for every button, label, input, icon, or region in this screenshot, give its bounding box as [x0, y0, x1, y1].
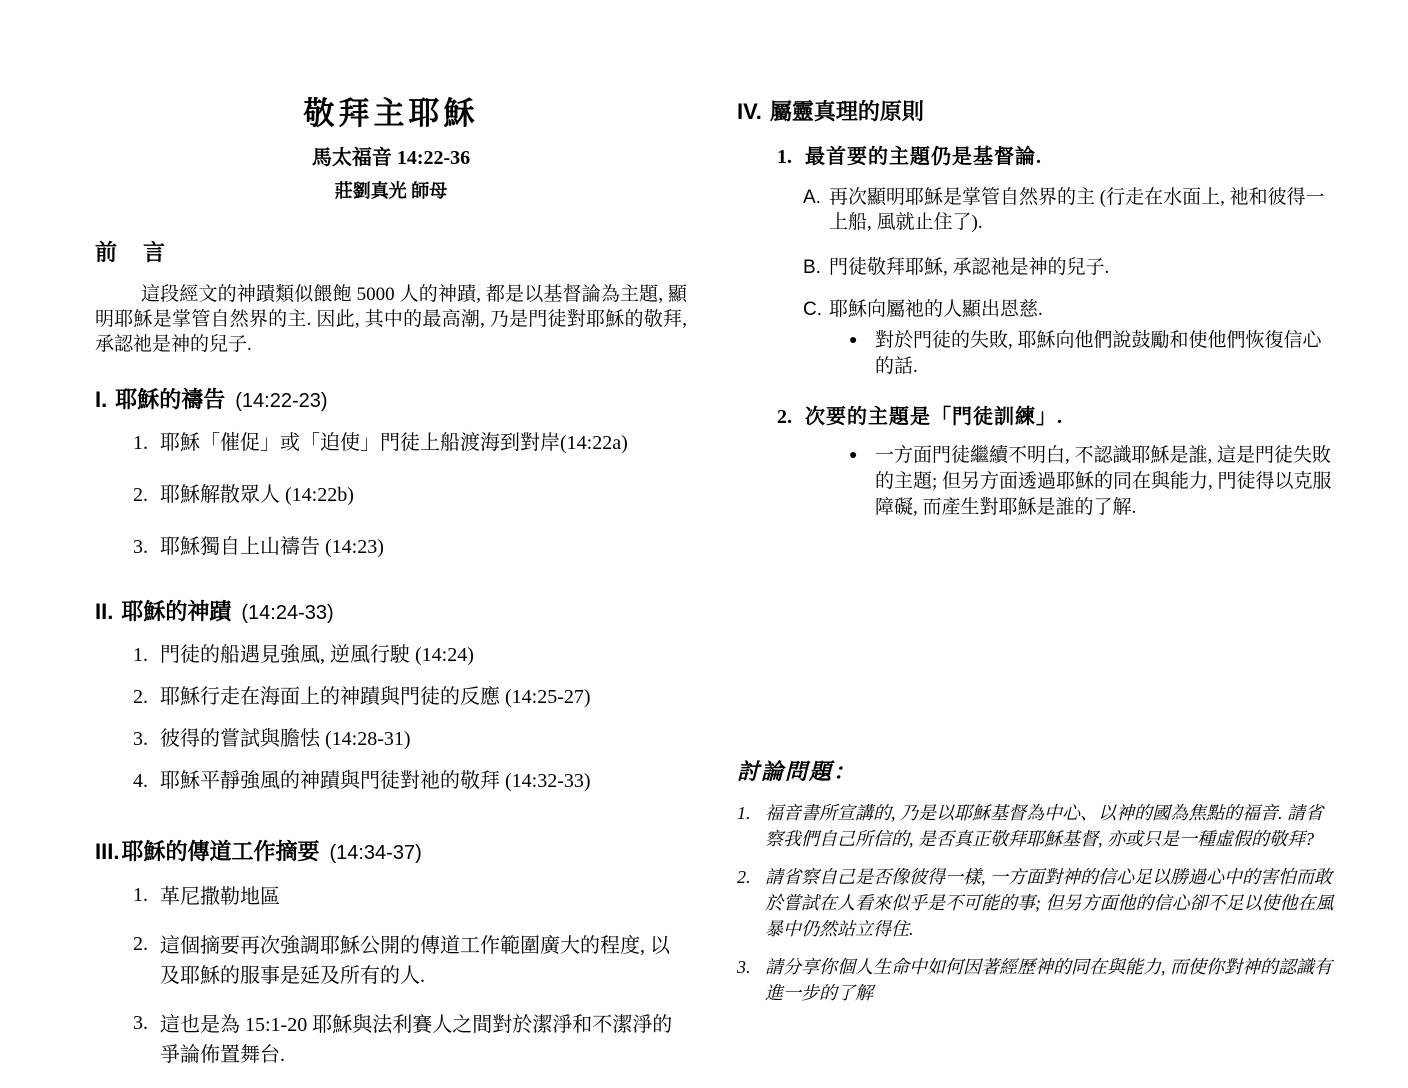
item-number: 1. [133, 430, 160, 457]
discussion-section: 討論問題： 1. 福音書所宣講的, 乃是以耶穌基督為中心、以神的國為焦點的福音.… [737, 755, 1340, 1006]
outline-item: 3. 這也是為 15:1-20 耶穌與法利賽人之間對於潔淨和不潔淨的爭論佈置舞台… [95, 1010, 687, 1070]
item-text: 耶穌行走在海面上的神蹟與門徒的反應 (14:25-27) [160, 684, 687, 711]
subpoint-text: 門徒敬拜耶穌, 承認祂是神的兒子. [829, 255, 1340, 280]
subpoint-text: 再次顯明耶穌是掌管自然界的主 (行走在水面上, 祂和彼得一上船, 風就止住了). [829, 185, 1340, 235]
outline-item: 2. 耶穌行走在海面上的神蹟與門徒的反應 (14:25-27) [95, 684, 687, 711]
item-text: 耶穌「催促」或「迫使」門徒上船渡海到對岸(14:22a) [160, 430, 687, 457]
item-number: 1. [133, 642, 160, 669]
section-4-numeral: IV. [737, 99, 762, 125]
item-number: 2. [133, 684, 160, 711]
right-column: IV. 屬靈真理的原則 1. 最首要的主題仍是基督論. A. 再次顯明耶穌是掌管… [737, 95, 1340, 521]
page-title: 敬拜主耶穌 [95, 95, 687, 133]
left-column: 敬拜主耶穌 馬太福音 14:22-36 莊劉真光 師母 前 言 這段經文的神蹟類… [95, 95, 687, 1070]
author-name: 莊劉真光 師母 [95, 177, 687, 203]
sermon-outline-page: 敬拜主耶穌 馬太福音 14:22-36 莊劉真光 師母 前 言 這段經文的神蹟類… [0, 0, 1408, 1088]
outline-item: 2. 耶穌解散眾人 (14:22b) [95, 482, 687, 509]
section-3-heading: III. 耶穌的傳道工作摘要 (14:34-37) [95, 835, 687, 866]
outline-item: 2. 這個摘要再次強調耶穌公開的傳道工作範圍廣大的程度, 以及耶穌的服事是延及所… [95, 931, 687, 991]
section-4-heading: IV. 屬靈真理的原則 [737, 95, 1340, 126]
item-text: 這個摘要再次強調耶穌公開的傳道工作範圍廣大的程度, 以及耶穌的服事是延及所有的人… [160, 931, 687, 991]
discussion-question: 2. 請省察自己是否像彼得一樣, 一方面對神的信心足以勝過心中的害怕而敢於嘗試在… [737, 864, 1340, 942]
subpoint-b: B. 門徒敬拜耶穌, 承認祂是神的兒子. [737, 255, 1340, 280]
item-number: 1. [133, 882, 160, 912]
bullet-text: 一方面門徒繼續不明白, 不認識耶穌是誰, 這是門徒失敗的主題; 但另方面透過耶穌… [875, 443, 1340, 521]
section-2-title: 耶穌的神蹟 [121, 595, 231, 626]
subpoint-c: C. 耶穌向屬祂的人顯出恩慈. [737, 297, 1340, 322]
bullet-icon: ● [849, 328, 875, 380]
subpoint-letter: A. [803, 185, 829, 235]
subpoint-letter: C. [803, 297, 829, 322]
subpoint-a: A. 再次顯明耶穌是掌管自然界的主 (行走在水面上, 祂和彼得一上船, 風就止住… [737, 185, 1340, 235]
preface-paragraph: 這段經文的神蹟類似餵飽 5000 人的神蹟, 都是以基督論為主題, 顯明耶穌是掌… [95, 282, 687, 357]
subpoint-letter: B. [803, 255, 829, 280]
item-text: 彼得的嘗試與膽怯 (14:28-31) [160, 726, 687, 753]
question-number: 2. [737, 864, 765, 942]
outline-item: 1. 革尼撒勒地區 [95, 882, 687, 912]
outline-item: 4. 耶穌平靜強風的神蹟與門徒對祂的敬拜 (14:32-33) [95, 768, 687, 795]
outline-item: 1. 門徒的船遇見強風, 逆風行駛 (14:24) [95, 642, 687, 669]
point-text: 最首要的主題仍是基督論. [805, 144, 1340, 171]
item-number: 2. [133, 482, 160, 509]
item-number: 3. [133, 1010, 160, 1070]
item-number: 3. [133, 726, 160, 753]
item-number: 2. [133, 931, 160, 991]
question-text: 請省察自己是否像彼得一樣, 一方面對神的信心足以勝過心中的害怕而敢於嘗試在人看來… [765, 864, 1340, 942]
section-3-title: 耶穌的傳道工作摘要 [121, 835, 319, 866]
preface-heading: 前 言 [95, 236, 687, 267]
section-2-ref: (14:24-33) [241, 602, 333, 625]
bullet-icon: ● [849, 443, 875, 521]
item-text: 門徒的船遇見強風, 逆風行駛 (14:24) [160, 642, 687, 669]
section-1-heading: I. 耶穌的禱告 (14:22-23) [95, 383, 687, 414]
item-text: 耶穌平靜強風的神蹟與門徒對祂的敬拜 (14:32-33) [160, 768, 687, 795]
subpoint-c-bullet: ● 對於門徒的失敗, 耶穌向他們說鼓勵和使他們恢復信心的話. [737, 328, 1340, 380]
outline-item: 3. 彼得的嘗試與膽怯 (14:28-31) [95, 726, 687, 753]
item-text: 這也是為 15:1-20 耶穌與法利賽人之間對於潔淨和不潔淨的爭論佈置舞台. [160, 1010, 687, 1070]
outline-section-1: I. 耶穌的禱告 (14:22-23) 1. 耶穌「催促」或「迫使」門徒上船渡海… [95, 383, 687, 561]
item-number: 3. [133, 534, 160, 561]
item-number: 4. [133, 768, 160, 795]
subpoint-text: 耶穌向屬祂的人顯出恩慈. [829, 297, 1340, 322]
section-2-heading: II. 耶穌的神蹟 (14:24-33) [95, 595, 687, 626]
question-number: 3. [737, 954, 765, 1006]
bullet-text: 對於門徒的失敗, 耶穌向他們說鼓勵和使他們恢復信心的話. [875, 328, 1340, 380]
principle-point-2: 2. 次要的主題是「門徒訓練」. [737, 404, 1340, 431]
point-2-bullet: ● 一方面門徒繼續不明白, 不認識耶穌是誰, 這是門徒失敗的主題; 但另方面透過… [737, 443, 1340, 521]
outline-item: 1. 耶穌「催促」或「迫使」門徒上船渡海到對岸(14:22a) [95, 430, 687, 457]
outline-item: 3. 耶穌獨自上山禱告 (14:23) [95, 534, 687, 561]
section-2-numeral: II. [95, 599, 113, 625]
question-text: 福音書所宣講的, 乃是以耶穌基督為中心、以神的國為焦點的福音. 請省察我們自己所… [765, 800, 1340, 852]
section-3-numeral: III. [95, 839, 119, 865]
discussion-heading: 討論問題： [737, 755, 1340, 786]
item-text: 革尼撒勒地區 [160, 882, 687, 912]
section-3-ref: (14:34-37) [329, 842, 421, 865]
point-number: 2. [777, 404, 805, 431]
principle-point-1: 1. 最首要的主題仍是基督論. [737, 144, 1340, 171]
point-number: 1. [777, 144, 805, 171]
question-text: 請分享你個人生命中如何因著經歷神的同在與能力, 而使你對神的認識有進一步的了解 [765, 954, 1340, 1006]
question-number: 1. [737, 800, 765, 852]
section-1-title: 耶穌的禱告 [115, 383, 225, 414]
principles-section: IV. 屬靈真理的原則 1. 最首要的主題仍是基督論. A. 再次顯明耶穌是掌管… [737, 95, 1340, 521]
section-4-title: 屬靈真理的原則 [770, 95, 924, 126]
discussion-question: 3. 請分享你個人生命中如何因著經歷神的同在與能力, 而使你對神的認識有進一步的… [737, 954, 1340, 1006]
point-text: 次要的主題是「門徒訓練」. [805, 404, 1340, 431]
discussion-question: 1. 福音書所宣講的, 乃是以耶穌基督為中心、以神的國為焦點的福音. 請省察我們… [737, 800, 1340, 852]
section-1-numeral: I. [95, 387, 107, 413]
item-text: 耶穌解散眾人 (14:22b) [160, 482, 687, 509]
scripture-reference: 馬太福音 14:22-36 [95, 141, 687, 170]
section-1-ref: (14:22-23) [235, 390, 327, 413]
outline-section-2: II. 耶穌的神蹟 (14:24-33) 1. 門徒的船遇見強風, 逆風行駛 (… [95, 595, 687, 795]
item-text: 耶穌獨自上山禱告 (14:23) [160, 534, 687, 561]
outline-section-3: III. 耶穌的傳道工作摘要 (14:34-37) 1. 革尼撒勒地區 2. 這… [95, 835, 687, 1070]
